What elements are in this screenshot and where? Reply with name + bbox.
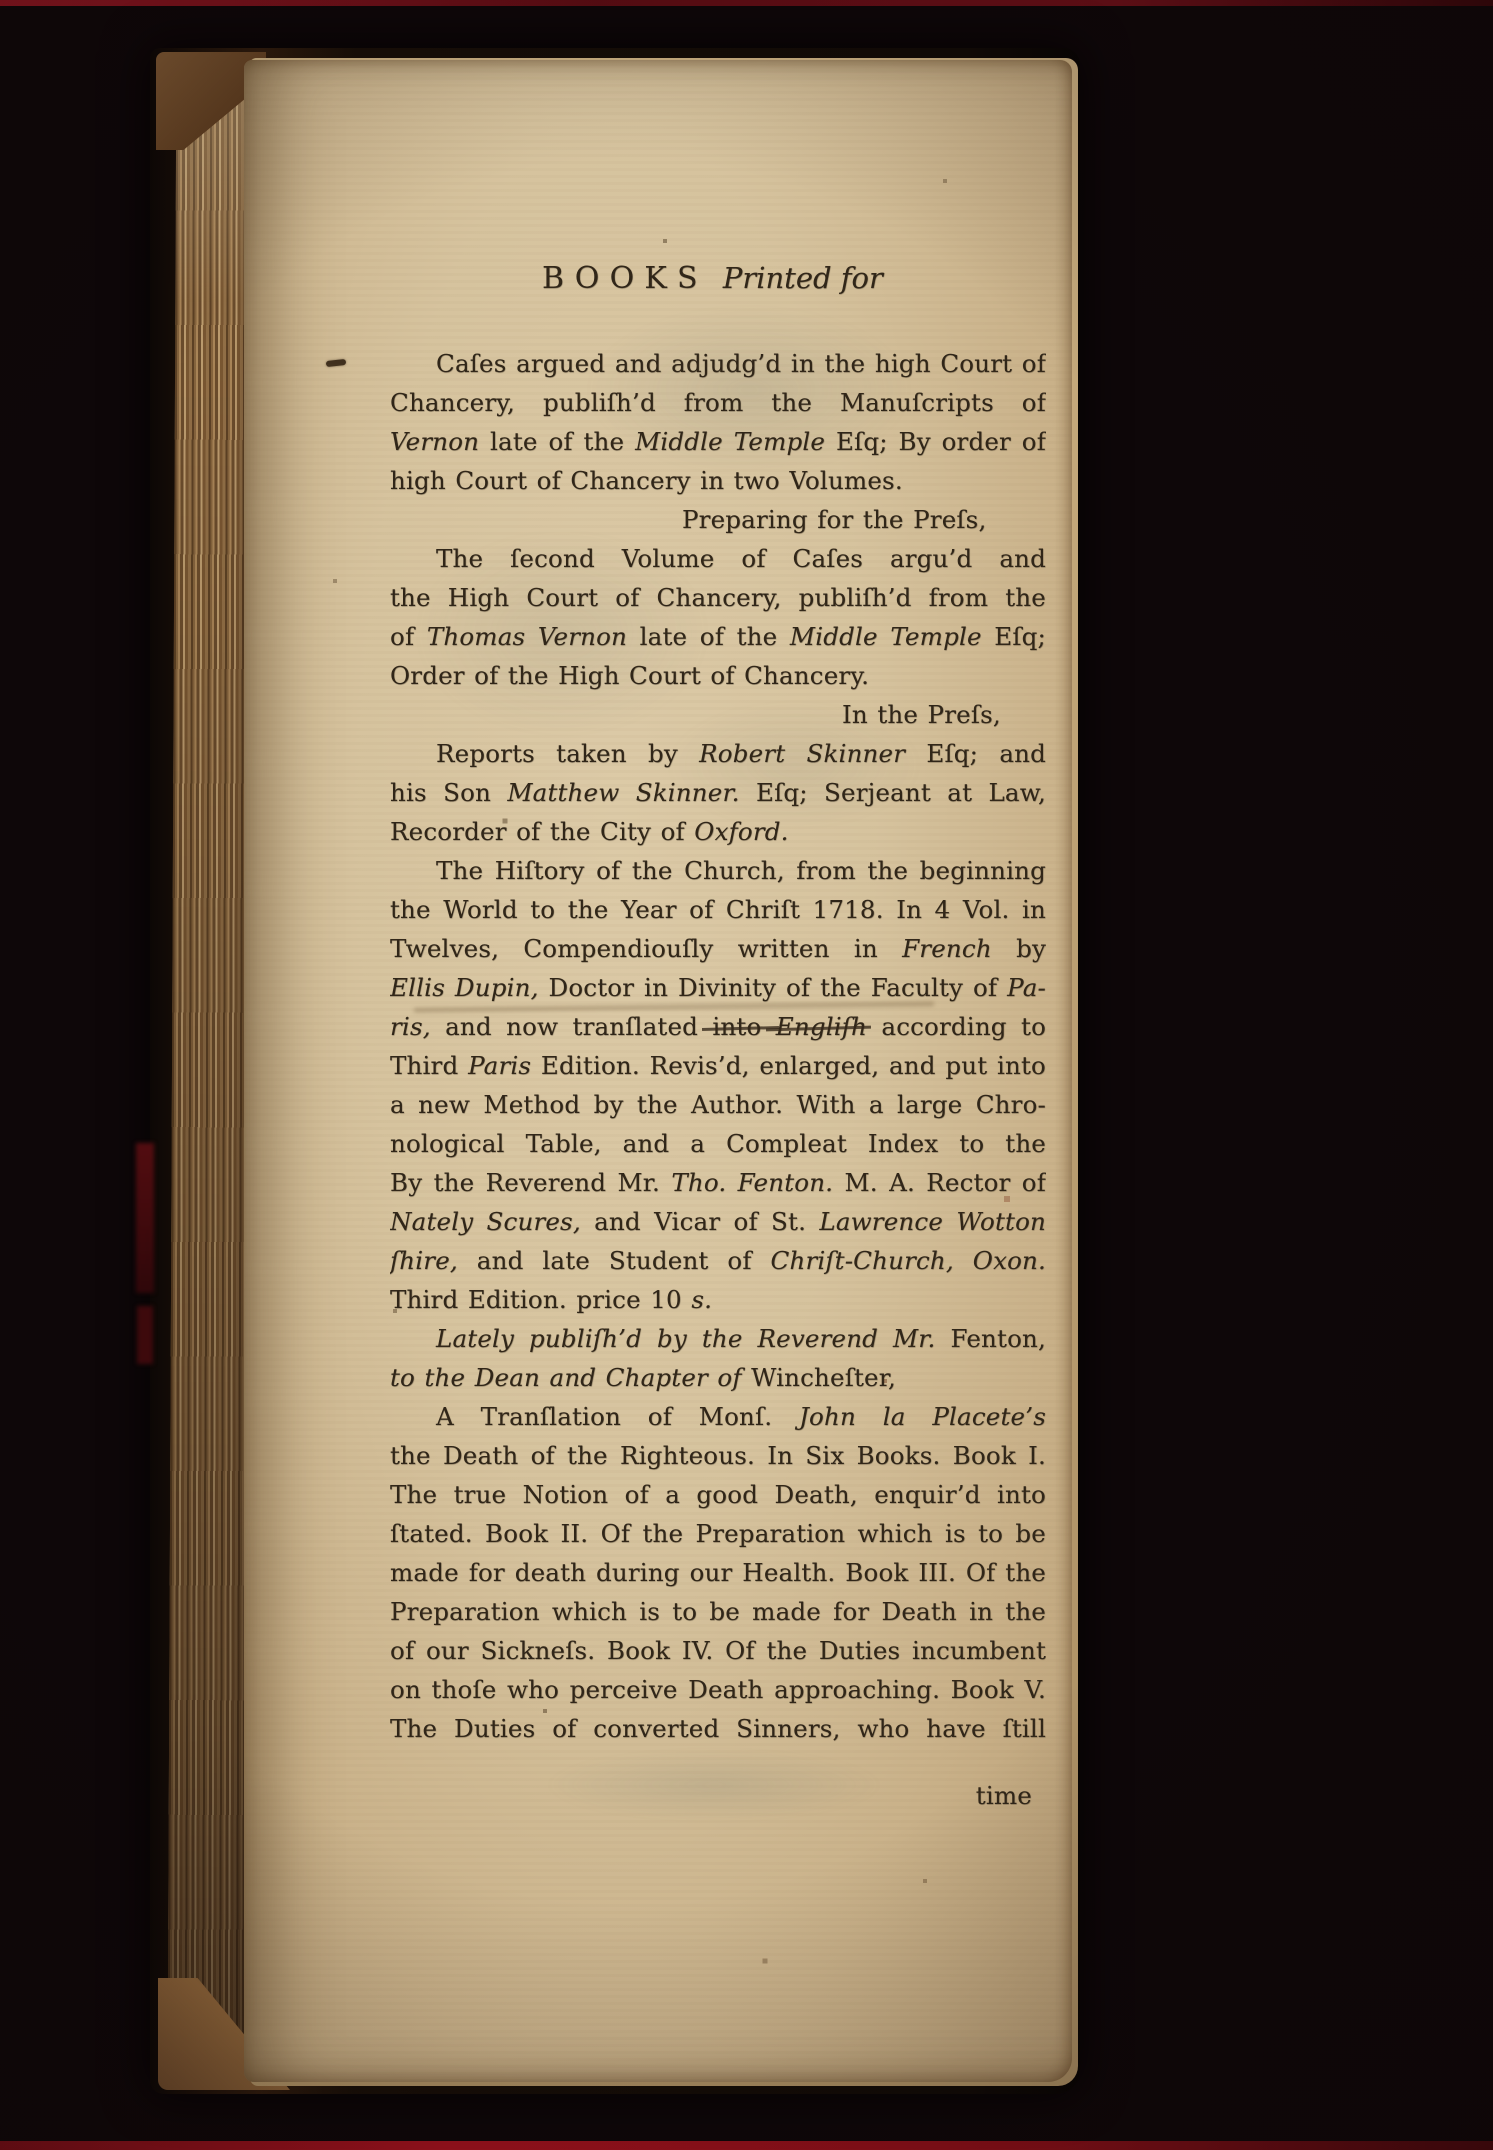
text-line: the World to the Year of Chriſt 1718. In…: [390, 890, 1046, 929]
text-line: A Tranſlation of Monſ. John la Placete’s…: [390, 1397, 1046, 1436]
text-line: the Death of the Righteous. In Six Books…: [390, 1436, 1046, 1475]
text-line: Chancery, publiſh’d from the Manuſcripts…: [390, 383, 1046, 422]
text-line: Order of the High Court of Chancery.: [390, 656, 1046, 695]
header-books: BOOKS: [542, 261, 708, 296]
text-line: In the Preſs,: [390, 695, 1046, 734]
text-line: By the Reverend Mr. Tho. Fenton. M. A. R…: [390, 1163, 1046, 1202]
text-line: The Duties of converted Sinners, who hav…: [390, 1709, 1046, 1748]
spine-mark: [136, 1143, 154, 1293]
text-line: high Court of Chancery in two Volumes.: [390, 461, 1046, 500]
text-line: ſhire, and late Student of Chriſt-Church…: [390, 1241, 1046, 1280]
text-line: The true Notion of a good Death, enquir’…: [390, 1475, 1046, 1514]
text-line: Recorder of the City of Oxford.: [390, 812, 1046, 851]
body-text: Caſes argued and adjudg’d in the high Co…: [390, 344, 1046, 1815]
text-line: of Thomas Vernon late of the Middle Temp…: [390, 617, 1046, 656]
text-line: ſtated. Book II. Of the Preparation whic…: [390, 1514, 1046, 1553]
text-line: made for death during our Health. Book I…: [390, 1553, 1046, 1592]
text-line: to the Dean and Chapter of Wincheſter,: [390, 1358, 1046, 1397]
text-line: on thoſe who perceive Death approaching.…: [390, 1670, 1046, 1709]
text-line: nological Table, and a Compleat Index to…: [390, 1124, 1046, 1163]
photo-border-top: [0, 0, 1493, 6]
text-line: The Hiſtory of the Church, from the begi…: [390, 851, 1046, 890]
text-line: Twelves, Compendiouſly written in French…: [390, 929, 1046, 968]
text-line: Third Edition. price 10 s.: [390, 1280, 1046, 1319]
book-page: BOOKS Printed for Caſes argued and adjud…: [244, 60, 1072, 2082]
text-line: Nately Scures, and Vicar of St. Lawrence…: [390, 1202, 1046, 1241]
running-header: BOOKS Printed for: [390, 258, 1046, 298]
text-line: Vernon late of the Middle Temple Eſq; By…: [390, 422, 1046, 461]
text-column: BOOKS Printed for Caſes argued and adjud…: [390, 258, 1046, 1815]
text-line: Ellis Dupin, Doctor in Divinity of the F…: [390, 968, 1046, 1007]
text-line: Caſes argued and adjudg’d in the high Co…: [390, 344, 1046, 383]
header-printed-for: Printed for: [723, 261, 883, 295]
text-line: the High Court of Chancery, publiſh’d fr…: [390, 578, 1046, 617]
text-line: The ſecond Volume of Caſes argu’d and ad…: [390, 539, 1046, 578]
spine-mark: [137, 1306, 153, 1364]
text-line: a new Method by the Author. With a large…: [390, 1085, 1046, 1124]
text-line: Preparing for the Preſs,: [390, 500, 1046, 539]
text-line: his Son Matthew Skinner. Eſq; Serjeant a…: [390, 773, 1046, 812]
text-line: Third Paris Edition. Revis’d, enlarged, …: [390, 1046, 1046, 1085]
photo-border-bottom: [0, 2141, 1493, 2150]
text-line: Preparation which is to be made for Deat…: [390, 1592, 1046, 1631]
scanned-book-photo: { "document": { "header": { "caps": "BOO…: [0, 0, 1493, 2150]
text-line: time: [390, 1776, 1046, 1815]
text-line: of our Sickneſs. Book IV. Of the Duties …: [390, 1631, 1046, 1670]
text-line: Lately publiſh’d by the Reverend Mr. Fen…: [390, 1319, 1046, 1358]
text-line: ris, and now tranſlated into Engliſh acc…: [390, 1007, 1046, 1046]
paper-specks: [244, 60, 246, 62]
book: BOOKS Printed for Caſes argued and adjud…: [150, 48, 1080, 2094]
margin-pen-mark: [326, 359, 347, 367]
text-line: Reports taken by Robert Skinner Eſq; and…: [390, 734, 1046, 773]
